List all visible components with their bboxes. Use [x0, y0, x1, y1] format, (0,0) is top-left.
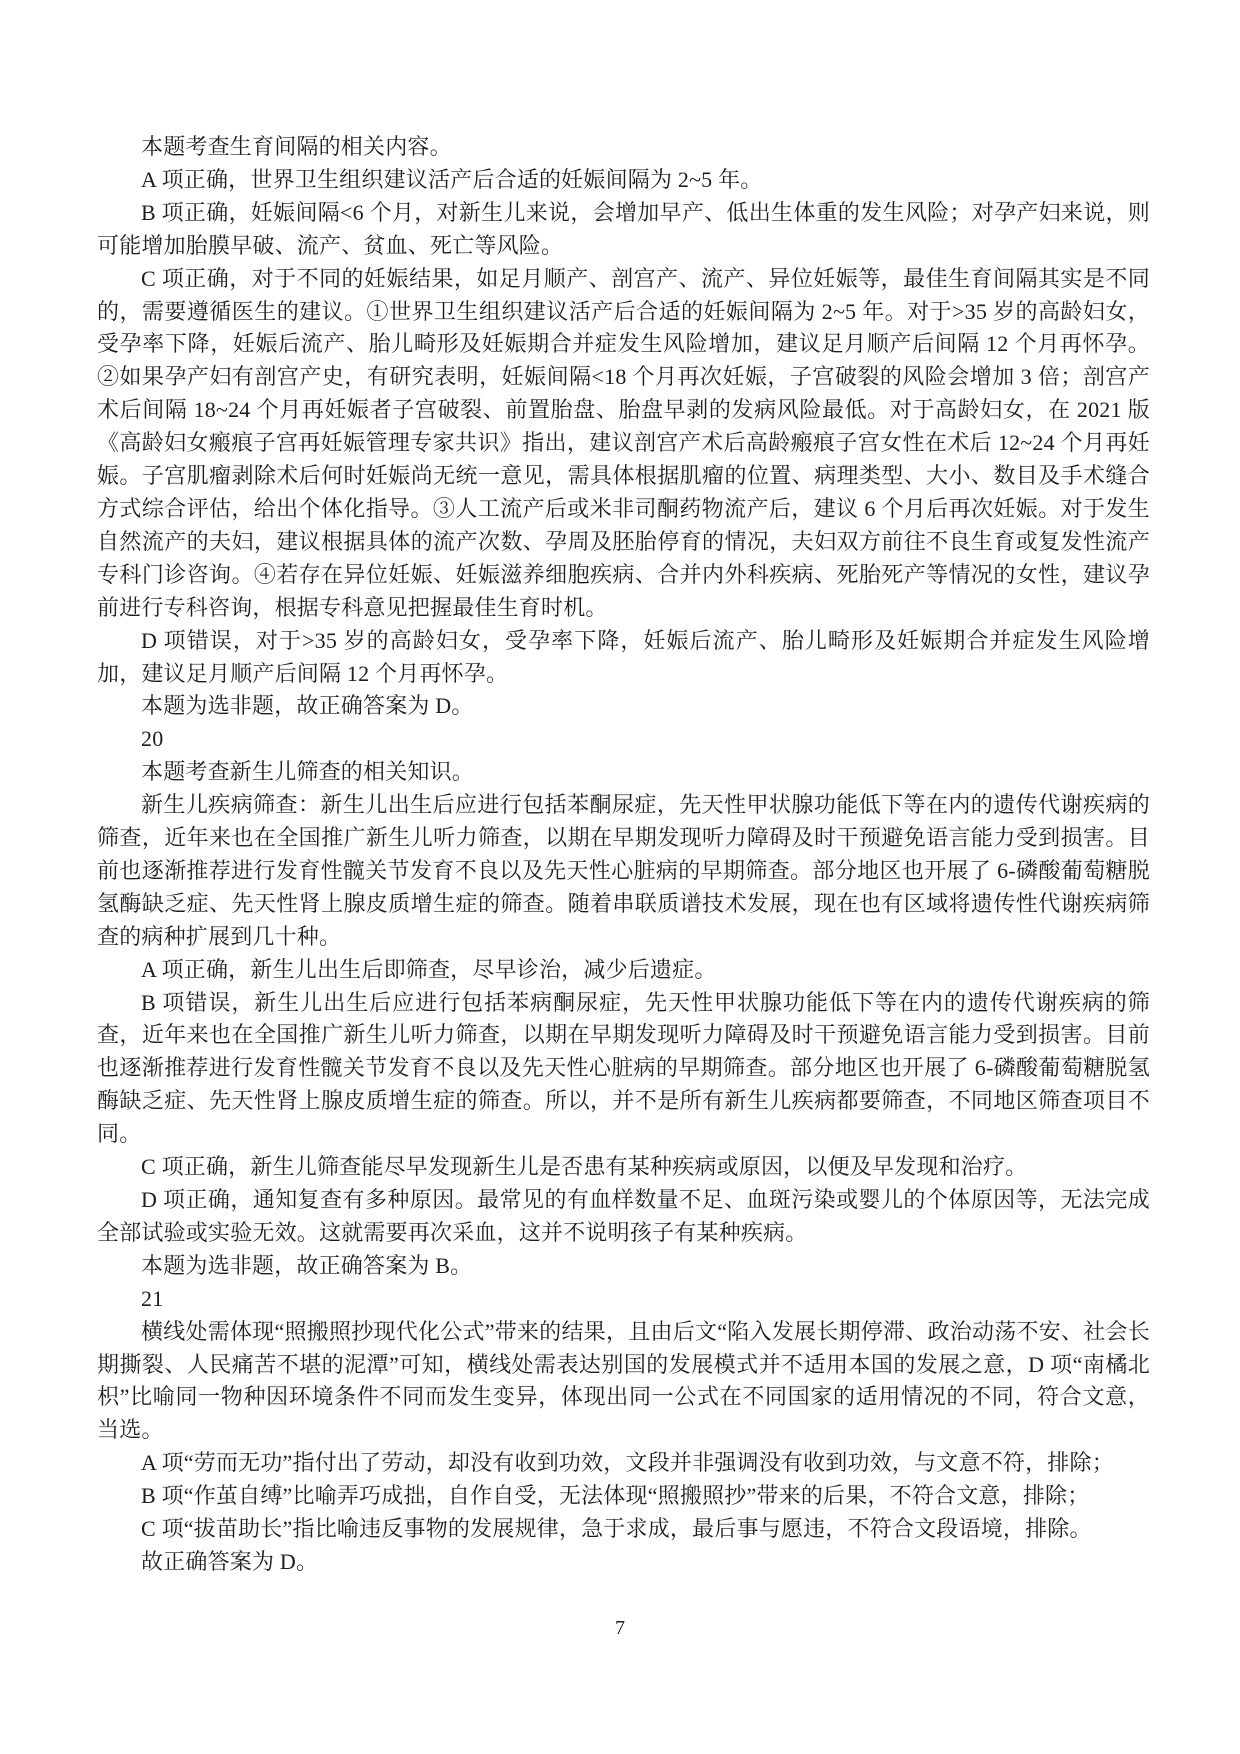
paragraph: A 项正确，新生儿出生后即筛查，尽早诊治，减少后遗症。 — [97, 954, 1150, 987]
page-number: 7 — [0, 1613, 1240, 1643]
paragraph: 故正确答案为 D。 — [97, 1546, 1150, 1579]
paragraph: B 项“作茧自缚”比喻弄巧成拙，自作自受，无法体现“照搬照抄”带来的后果，不符合… — [97, 1480, 1150, 1513]
paragraph: A 项正确，世界卫生组织建议活产后合适的妊娠间隔为 2~5 年。 — [97, 164, 1150, 197]
paragraph: 新生儿疾病筛查：新生儿出生后应进行包括苯酮尿症，先天性甲状腺功能低下等在内的遗传… — [97, 789, 1150, 954]
paragraph: C 项“拔苗助长”指比喻违反事物的发展规律，急于求成，最后事与愿违，不符合文段语… — [97, 1513, 1150, 1546]
paragraph: A 项“劳而无功”指付出了劳动，却没有收到功效，文段并非强调没有收到功效，与文意… — [97, 1447, 1150, 1480]
paragraph: 本题考查新生儿筛查的相关知识。 — [97, 756, 1150, 789]
paragraph: 本题为选非题，故正确答案为 B。 — [97, 1250, 1150, 1283]
paragraph: 本题为选非题，故正确答案为 D。 — [97, 690, 1150, 723]
paragraph: 本题考查生育间隔的相关内容。 — [97, 131, 1150, 164]
document-page: 本题考查生育间隔的相关内容。A 项正确，世界卫生组织建议活产后合适的妊娠间隔为 … — [0, 0, 1240, 1754]
paragraph: 21 — [97, 1283, 1150, 1316]
paragraph: C 项正确，对于不同的妊娠结果，如足月顺产、剖宫产、流产、异位妊娠等，最佳生育间… — [97, 263, 1150, 625]
paragraph: B 项错误，新生儿出生后应进行包括苯病酮尿症，先天性甲状腺功能低下等在内的遗传代… — [97, 987, 1150, 1152]
paragraph: D 项错误，对于>35 岁的高龄妇女，受孕率下降，妊娠后流产、胎儿畸形及妊娠期合… — [97, 625, 1150, 691]
paragraph: B 项正确，妊娠间隔<6 个月，对新生儿来说，会增加早产、低出生体重的发生风险；… — [97, 197, 1150, 263]
paragraph: 横线处需体现“照搬照抄现代化公式”带来的结果，且由后文“陷入发展长期停滞、政治动… — [97, 1316, 1150, 1448]
paragraph: C 项正确，新生儿筛查能尽早发现新生儿是否患有某种疾病或原因，以便及早发现和治疗… — [97, 1151, 1150, 1184]
document-body: 本题考查生育间隔的相关内容。A 项正确，世界卫生组织建议活产后合适的妊娠间隔为 … — [97, 131, 1150, 1579]
paragraph: D 项正确，通知复查有多种原因。最常见的有血样数量不足、血斑污染或婴儿的个体原因… — [97, 1184, 1150, 1250]
paragraph: 20 — [97, 723, 1150, 756]
